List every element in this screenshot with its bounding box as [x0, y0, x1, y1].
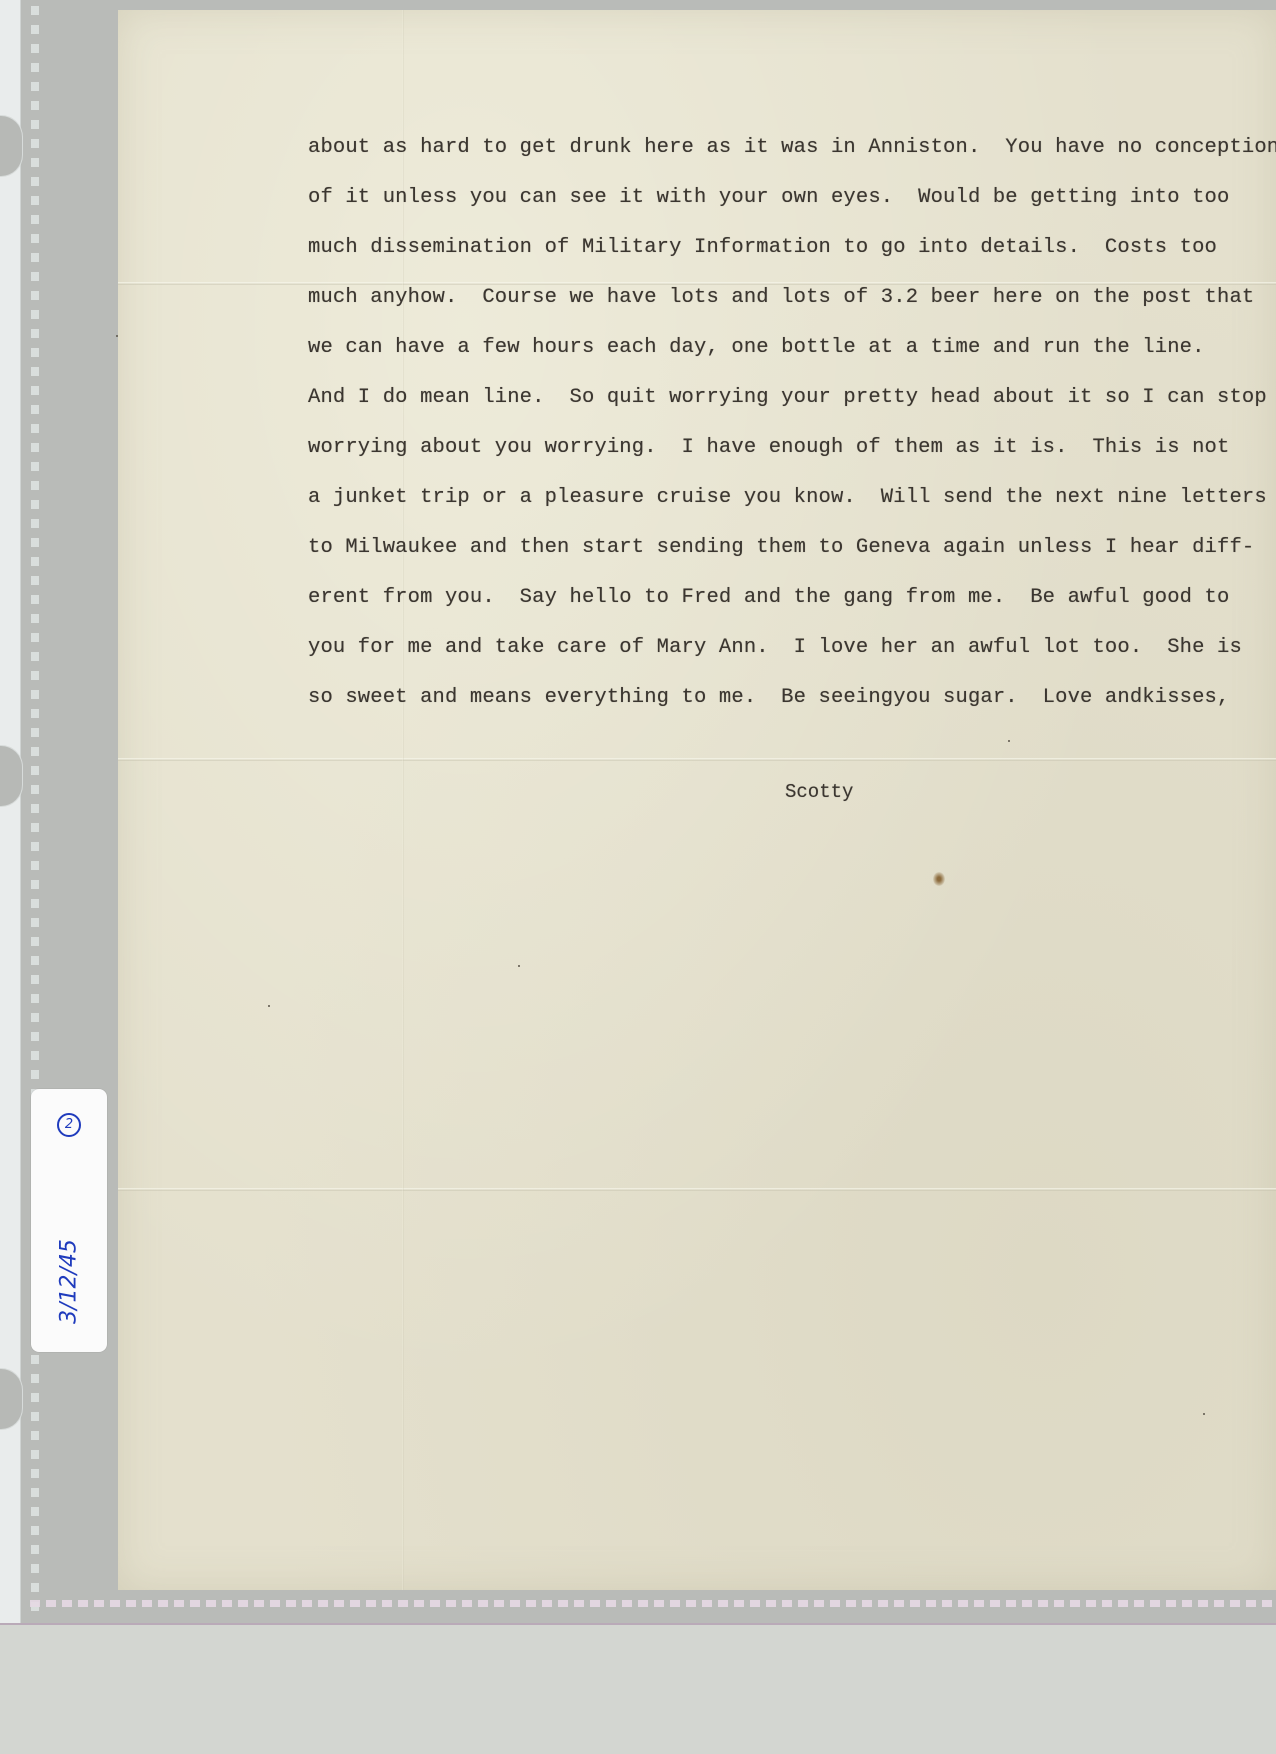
letter-line: And I do mean line. So quit worrying you… [308, 373, 1276, 423]
letter-line: much dissemination of Military Informati… [308, 223, 1276, 273]
signature: Scotty [785, 781, 853, 803]
paper-stain [933, 872, 945, 886]
sleeve-perforation-vertical [31, 6, 39, 1616]
letter-line: you for me and take care of Mary Ann. I … [308, 623, 1276, 673]
letter-line: much anyhow. Course we have lots and lot… [308, 273, 1276, 323]
paper-fold-crease [118, 758, 1276, 761]
letter-line: of it unless you can see it with your ow… [308, 173, 1276, 223]
letter-page: about as hard to get drunk here as it wa… [118, 10, 1276, 1590]
paper-fold-crease [118, 1188, 1276, 1191]
sleeve-bottom-edge [0, 1623, 1276, 1625]
letter-line: erent from you. Say hello to Fred and th… [308, 573, 1276, 623]
paper-speck [268, 1005, 270, 1007]
paper-speck [1203, 1413, 1205, 1415]
paper-speck [1008, 740, 1010, 742]
letter-line: a junket trip or a pleasure cruise you k… [308, 473, 1276, 523]
letter-line: to Milwaukee and then start sending them… [308, 523, 1276, 573]
letter-body: about as hard to get drunk here as it wa… [308, 123, 1276, 723]
paper-speck [116, 335, 118, 337]
letter-line: about as hard to get drunk here as it wa… [308, 123, 1276, 173]
letter-line: so sweet and means everything to me. Be … [308, 673, 1276, 723]
letter-line: we can have a few hours each day, one bo… [308, 323, 1276, 373]
page-number-circle: 2 [57, 1113, 81, 1137]
letter-line: worrying about you worrying. I have enou… [308, 423, 1276, 473]
handwritten-date: 3/12/45 [57, 1232, 82, 1332]
paper-speck [518, 965, 520, 967]
sleeve-perforation-horizontal [30, 1600, 1276, 1607]
archive-sticky-label: 2 3/12/45 [31, 1089, 107, 1352]
